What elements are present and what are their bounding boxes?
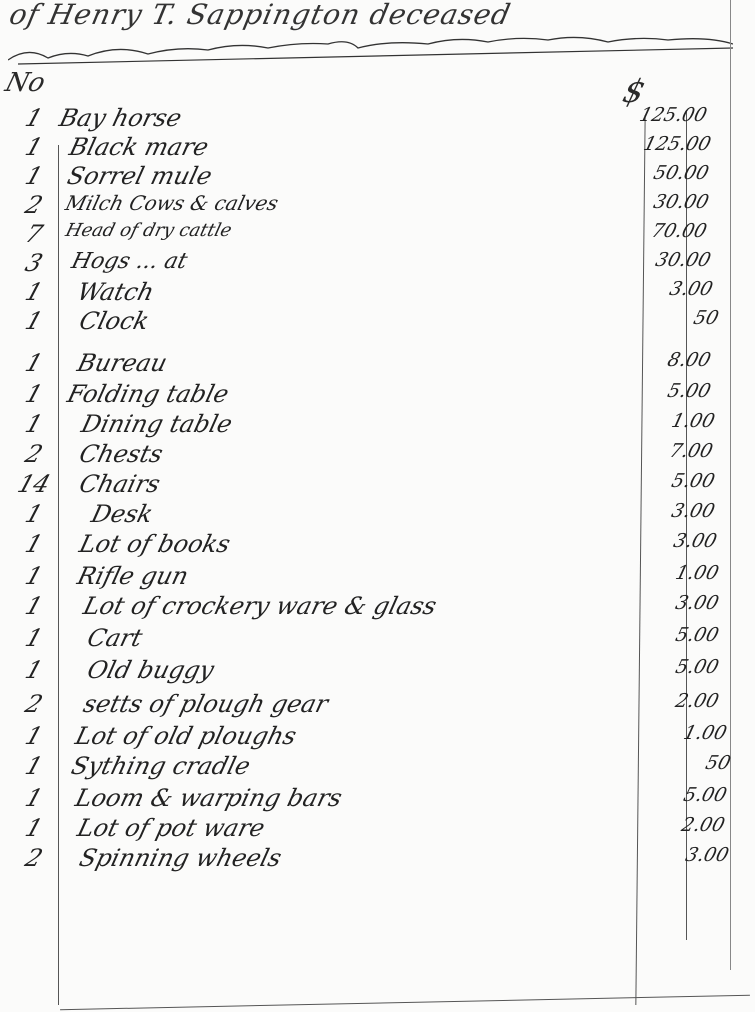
list-item: 1 Desk 3.00 [0, 500, 755, 529]
list-item: 1 Folding table 5.00 [0, 380, 755, 409]
item-amount: 7.00 [667, 440, 742, 462]
item-amount: 5.00 [669, 470, 744, 492]
list-item: 1 Lot of books 3.00 [0, 530, 755, 559]
item-description: Rifle gun [75, 562, 192, 590]
item-description: Clock [77, 307, 152, 335]
item-quantity: 2 [9, 191, 58, 219]
item-amount: 1.00 [669, 410, 744, 432]
item-description: Cart [85, 624, 146, 652]
item-amount: 8.00 [665, 349, 740, 371]
item-description: Chests [77, 440, 166, 468]
item-quantity: 1 [9, 162, 58, 190]
list-item: 2 Spinning wheels 3.00 [0, 844, 755, 873]
item-description: Spinning wheels [77, 844, 285, 872]
item-description: Old buggy [85, 656, 217, 684]
item-quantity: 1 [9, 500, 58, 528]
item-amount: 50.00 [651, 162, 726, 184]
list-item: 1 Watch 3.00 [0, 278, 755, 307]
item-description: Head of dry cattle [63, 220, 234, 241]
item-quantity: 1 [9, 814, 58, 842]
item-description: Loom & warping bars [73, 784, 345, 812]
item-quantity: 2 [9, 440, 58, 468]
item-description: Desk [89, 500, 156, 528]
item-amount: 30.00 [653, 249, 728, 271]
item-quantity: 1 [9, 380, 58, 408]
list-item: 1 Dining table 1.00 [0, 410, 755, 439]
item-description: Lot of crockery ware & glass [81, 592, 440, 620]
item-description: Bay horse [57, 104, 185, 132]
item-quantity: 1 [9, 410, 58, 438]
list-item: 3 Hogs ... at 30.00 [0, 249, 755, 278]
item-quantity: 1 [9, 278, 58, 306]
item-quantity: 1 [9, 784, 58, 812]
item-amount: 5.00 [673, 624, 748, 646]
item-amount: 125.00 [637, 104, 712, 126]
item-amount: 3.00 [667, 278, 742, 300]
item-quantity: 1 [9, 133, 58, 161]
list-item: 2 Chests 7.00 [0, 440, 755, 469]
item-quantity: 1 [9, 592, 58, 620]
list-item: 1 Old buggy 5.00 [0, 656, 755, 685]
item-description: Bureau [75, 349, 171, 377]
item-description: Chairs [77, 470, 164, 498]
item-quantity: 1 [9, 307, 58, 335]
item-amount: 2.00 [679, 814, 754, 836]
item-description: Folding table [65, 380, 232, 408]
item-quantity: 2 [9, 690, 58, 718]
item-quantity: 1 [9, 104, 58, 132]
list-item: 1 Black mare 125.00 [0, 133, 755, 162]
list-item: 1 Bay horse 125.00 [0, 104, 755, 133]
list-item: 2 Milch Cows & calves 30.00 [0, 191, 755, 220]
item-amount: 1.00 [681, 722, 755, 744]
list-item: 1 Loom & warping bars 5.00 [0, 784, 755, 813]
item-amount: 3.00 [671, 530, 746, 552]
item-amount: 30.00 [651, 191, 726, 213]
item-quantity: 1 [9, 656, 58, 684]
page-bottom-edge [60, 995, 750, 1010]
item-amount: 3.00 [673, 592, 748, 614]
item-quantity: 1 [9, 624, 58, 652]
item-description: setts of plough gear [81, 690, 331, 718]
list-item: 1 Sorrel mule 50.00 [0, 162, 755, 191]
item-amount: 70.00 [649, 220, 724, 242]
item-amount: 3.00 [669, 500, 744, 522]
item-description: Dining table [79, 410, 236, 438]
item-quantity: 3 [9, 249, 58, 277]
document-heading: of Henry T. Sappington deceased [6, 0, 514, 31]
item-amount: 5.00 [665, 380, 740, 402]
list-item: 1 Lot of crockery ware & glass 3.00 [0, 592, 755, 621]
item-quantity: 1 [9, 530, 58, 558]
item-amount: 2.00 [673, 690, 748, 712]
item-quantity: 1 [9, 562, 58, 590]
item-amount: 50 [703, 752, 755, 774]
list-item: 1 Lot of old ploughs 1.00 [0, 722, 755, 751]
item-amount: 1.00 [673, 562, 748, 584]
column-header-number: No [2, 68, 48, 98]
item-quantity: 7 [9, 220, 58, 248]
item-description: Watch [75, 278, 157, 306]
item-description: Sything cradle [69, 752, 254, 780]
item-description: Lot of pot ware [75, 814, 268, 842]
item-quantity: 14 [9, 470, 58, 498]
item-amount: 3.00 [683, 844, 755, 866]
item-quantity: 1 [9, 722, 58, 750]
item-amount: 125.00 [641, 133, 716, 155]
list-item: 1 Lot of pot ware 2.00 [0, 814, 755, 843]
list-item: 1 Cart 5.00 [0, 624, 755, 653]
item-quantity: 1 [9, 349, 58, 377]
list-item: 1 Rifle gun 1.00 [0, 562, 755, 591]
item-quantity: 2 [9, 844, 58, 872]
item-description: Lot of old ploughs [73, 722, 300, 750]
list-item: 2 setts of plough gear 2.00 [0, 690, 755, 719]
item-quantity: 1 [9, 752, 58, 780]
inventory-page: of Henry T. Sappington deceased No $ 1 B… [0, 0, 755, 1012]
list-item: 14 Chairs 5.00 [0, 470, 755, 499]
list-item: 1 Sything cradle 50 [0, 752, 755, 781]
decorative-flourish-rule [8, 36, 733, 66]
item-amount: 5.00 [673, 656, 748, 678]
list-item: 1 Bureau 8.00 [0, 349, 755, 378]
list-item: 7 Head of dry cattle 70.00 [0, 220, 755, 249]
item-description: Milch Cows & calves [63, 191, 281, 215]
list-item: 1 Clock 50 [0, 307, 755, 336]
item-description: Lot of books [77, 530, 234, 558]
item-description: Sorrel mule [65, 162, 215, 190]
item-description: Hogs ... at [69, 249, 190, 274]
item-amount: 5.00 [681, 784, 755, 806]
item-description: Black mare [67, 133, 212, 161]
item-amount: 50 [691, 307, 755, 329]
